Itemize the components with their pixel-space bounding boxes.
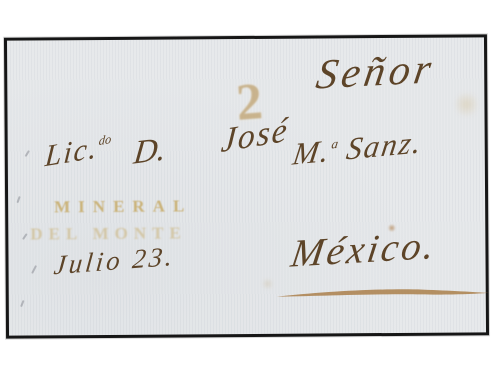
postmark-line2: DEL MONTE xyxy=(30,224,187,242)
edge-pen-mark xyxy=(31,265,37,274)
edge-pen-mark xyxy=(22,233,28,240)
destination-script: México. xyxy=(289,226,440,274)
paper-smudge-right xyxy=(455,89,477,119)
addressee-first-name: José xyxy=(220,113,290,159)
salutation-script: Señor xyxy=(313,48,438,96)
addressee-honorific: D. xyxy=(132,133,168,171)
postal-cover: 2 Señor Lic.do D. José M.a Sanz. MINERAL… xyxy=(4,34,489,338)
underline-flourish xyxy=(275,284,491,300)
addressee-middle-abbrev: M. xyxy=(291,133,334,172)
edge-pen-mark xyxy=(20,300,24,307)
edge-pen-mark xyxy=(25,150,30,157)
addressee-surname-group: M.a Sanz. xyxy=(291,126,425,170)
date-notation: Julio 23. xyxy=(53,243,177,280)
postmark-line1: MINERAL xyxy=(54,197,192,215)
paper-smudge-lower xyxy=(261,279,275,289)
addressee-title-abbrev: Lic. xyxy=(44,131,100,174)
addressee-title: Lic.do xyxy=(44,131,112,173)
edge-pen-mark xyxy=(16,196,20,203)
addressee-surname: Sanz. xyxy=(344,124,425,167)
addressee-middle-sup: a xyxy=(331,136,340,152)
photo-background: 2 Señor Lic.do D. José M.a Sanz. MINERAL… xyxy=(0,0,500,375)
addressee-title-sup: do xyxy=(98,132,112,148)
